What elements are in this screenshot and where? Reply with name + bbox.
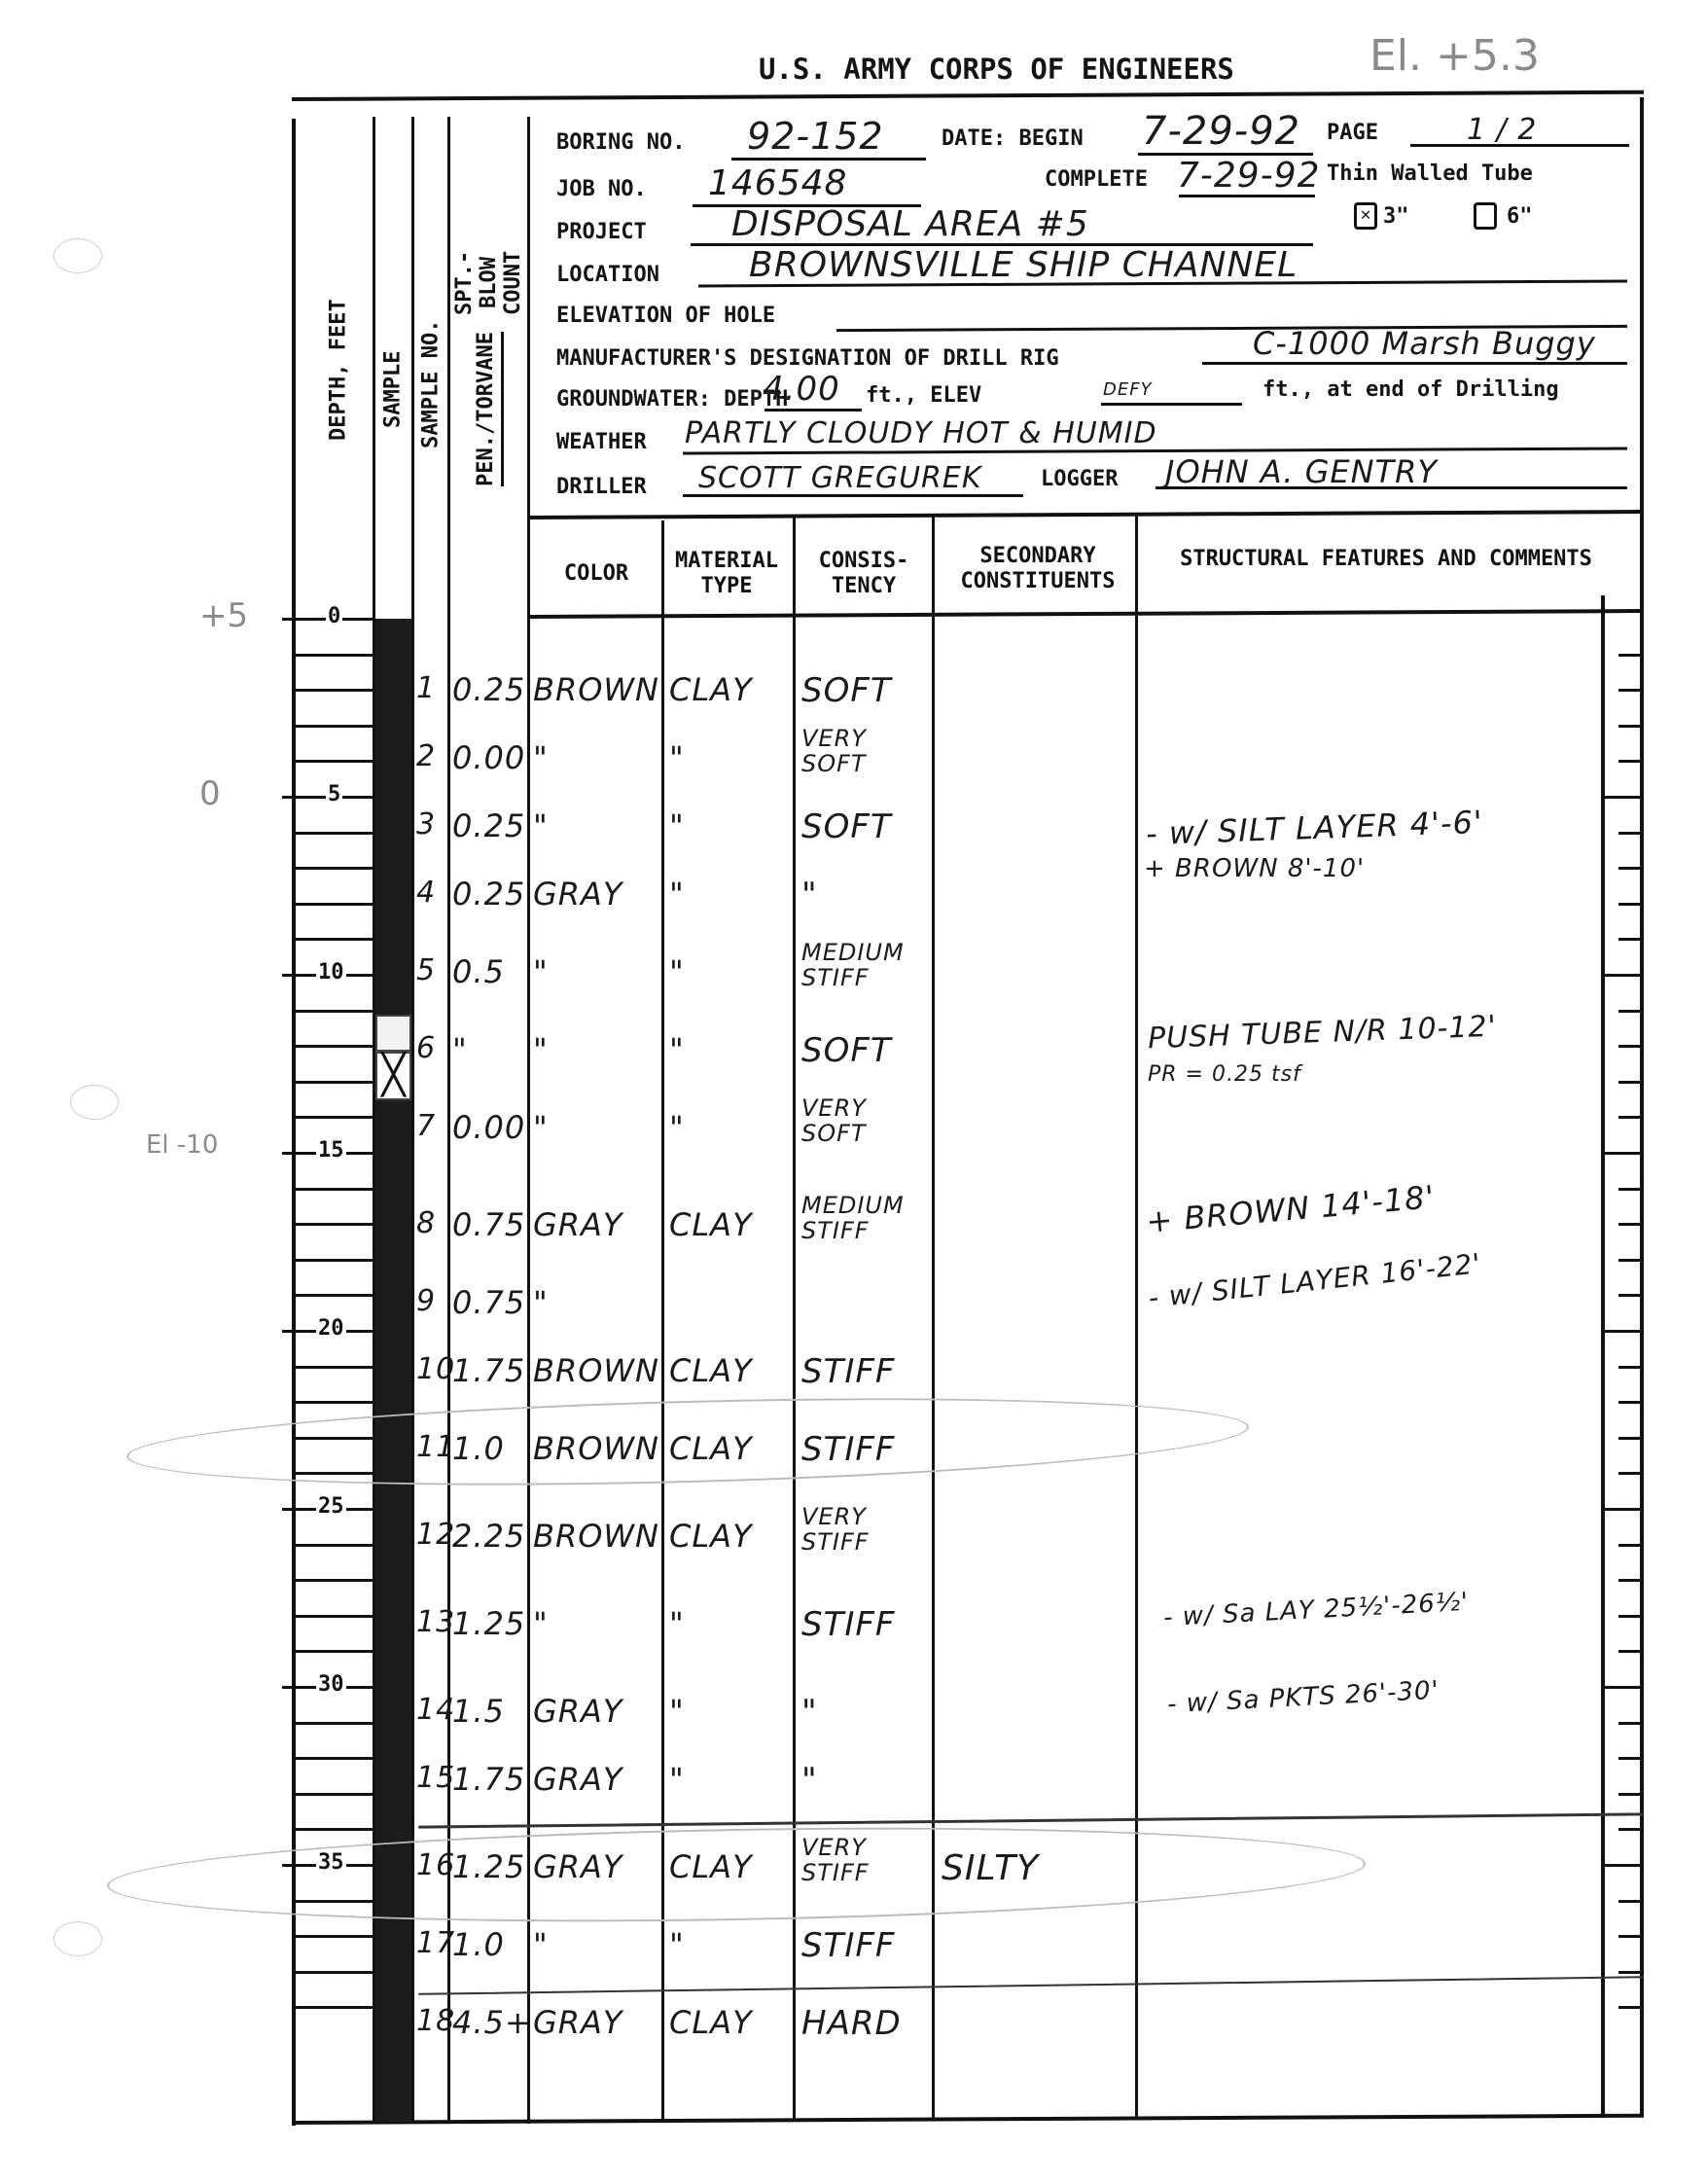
material-value: " [669, 1926, 685, 1963]
depth-tick-label: 30 [316, 1672, 346, 1697]
right-tick [1618, 1650, 1642, 1653]
color-value: " [533, 1605, 549, 1642]
column-header-color: COLOR [533, 530, 659, 618]
material-value: CLAY [669, 1518, 753, 1555]
pen-torvane-value: 1.0 [452, 1926, 505, 1963]
column-header-sample: SAMPLE [376, 321, 409, 457]
right-tick [1618, 867, 1642, 870]
sample-number: 8 [416, 1206, 436, 1240]
pen-torvane-value: 0.5 [452, 953, 505, 990]
pen-torvane-value: 1.25 [452, 1605, 525, 1642]
depth-tick-minor [296, 1935, 373, 1938]
driller-label: DRILLER [556, 475, 647, 499]
depth-tick-minor [296, 1793, 373, 1796]
material-value: " [669, 953, 685, 990]
right-tick [1618, 1828, 1642, 1831]
pen-torvane-value: 0.25 [452, 876, 525, 913]
color-value: " [533, 1284, 549, 1321]
margin-elevation-note: +5 [199, 596, 248, 635]
weather-field[interactable]: PARTLY CLOUDY HOT & HUMID [685, 416, 1157, 450]
tube-label: Thin Walled Tube [1327, 161, 1533, 186]
page-field[interactable]: 1 / 2 [1467, 113, 1537, 147]
project-label: PROJECT [556, 220, 647, 244]
pen-torvane-value: 1.5 [452, 1693, 505, 1730]
right-tick [1603, 1330, 1642, 1333]
pen-torvane-label: PEN./TORVANE [474, 332, 504, 486]
sample-no-recovery [375, 1015, 411, 1052]
job-no-label: JOB NO. [556, 177, 647, 201]
binder-hole [53, 1921, 102, 1956]
column-header-material: MATERIAL TYPE [663, 530, 790, 618]
sample-number: 12 [416, 1518, 455, 1552]
material-value: " [669, 1031, 685, 1068]
right-tick [1603, 1508, 1642, 1511]
date-complete-field[interactable]: 7-29-92 [1177, 156, 1321, 196]
consistency-value: VERY SOFT [801, 726, 928, 776]
right-tick [1618, 1045, 1642, 1048]
org-title: U.S. ARMY CORPS OF ENGINEERS [759, 53, 1234, 86]
color-value: " [533, 953, 549, 990]
pen-torvane-value: " [452, 1031, 468, 1068]
depth-tick-label: 15 [316, 1138, 346, 1163]
material-value: " [669, 1109, 685, 1146]
depth-tick-minor [296, 1366, 373, 1369]
color-value: GRAY [533, 2004, 622, 2041]
right-tick [1618, 1935, 1642, 1938]
sample-number: 14 [416, 1693, 455, 1727]
groundwater-depth-field[interactable]: 4.00 [763, 370, 840, 409]
depth-tick-minor [296, 938, 373, 941]
right-tick [1603, 796, 1642, 799]
pen-torvane-value: 1.75 [452, 1761, 525, 1798]
sample-number: 17 [416, 1926, 455, 1960]
margin-elevation-note: El -10 [146, 1130, 218, 1160]
column-header-consistency: CONSIS- TENCY [796, 530, 932, 618]
depth-tick-minor [296, 1544, 373, 1547]
depth-tick-minor [296, 1971, 373, 1974]
right-tick [1618, 1259, 1642, 1262]
sample-number: 13 [416, 1605, 455, 1639]
boring-no-field[interactable]: 92-152 [747, 115, 884, 158]
sample-number: 7 [416, 1109, 436, 1143]
depth-tick-minor [296, 903, 373, 906]
right-tick [1618, 689, 1642, 692]
consistency-value: HARD [801, 2004, 902, 2043]
depth-tick-minor [296, 1828, 373, 1831]
depth-tick-minor [296, 1401, 373, 1404]
sample-number: 5 [416, 953, 436, 987]
location-field[interactable]: BROWNSVILLE SHIP CHANNEL [749, 245, 1298, 285]
sample-number: 6 [416, 1031, 436, 1065]
color-value: " [533, 1926, 549, 1963]
drill-rig-field[interactable]: C-1000 Marsh Buggy [1253, 325, 1596, 362]
color-value: GRAY [533, 1206, 622, 1243]
sample-number: 1 [416, 671, 436, 705]
weather-label: WEATHER [556, 430, 647, 454]
depth-tick-minor [296, 2006, 373, 2009]
color-value: " [533, 739, 549, 776]
depth-tick-minor [296, 725, 373, 728]
comment: + BROWN 14'-18' [1145, 1178, 1437, 1240]
right-tick [1618, 1188, 1642, 1191]
pen-torvane-value: 2.25 [452, 1518, 525, 1555]
pen-torvane-value: 0.00 [452, 1109, 525, 1146]
right-tick [1618, 1366, 1642, 1369]
comment: PUSH TUBE N/R 10-12' [1147, 1010, 1497, 1056]
binder-hole [70, 1085, 119, 1120]
checkbox-checked-icon[interactable]: ✕ [1354, 202, 1377, 230]
comment: - w/ Sa LAY 25½'-26½' [1162, 1588, 1469, 1632]
consistency-value: STIFF [801, 1926, 896, 1965]
material-value: " [669, 739, 685, 776]
right-tick [1618, 938, 1642, 941]
right-tick [1618, 1793, 1642, 1796]
groundwater-elev-label: ft., ELEV [866, 383, 981, 408]
right-tick [1603, 1686, 1642, 1689]
color-value: " [533, 1109, 549, 1146]
right-tick [1618, 1010, 1642, 1013]
right-tick [1618, 1401, 1642, 1404]
material-value: CLAY [669, 1206, 753, 1243]
depth-tick-minor [296, 689, 373, 692]
pen-torvane-value: 4.5+ [452, 2004, 532, 2041]
material-value: " [669, 1605, 685, 1642]
comment: - w/ Sa PKTS 26'-30' [1166, 1676, 1440, 1720]
driller-field[interactable]: SCOTT GREGUREK [698, 461, 982, 495]
depth-tick-minor [296, 1757, 373, 1760]
material-value: CLAY [669, 2004, 753, 2041]
color-value: GRAY [533, 1693, 622, 1730]
right-tick [1603, 1864, 1642, 1867]
right-tick [1618, 2006, 1642, 2009]
pen-torvane-value: 0.00 [452, 739, 525, 776]
pen-torvane-value: 0.25 [452, 671, 525, 708]
checkbox-unchecked-icon[interactable] [1474, 202, 1497, 230]
groundwater-suffix: ft., at end of Drilling [1262, 377, 1559, 402]
sample-number: 9 [416, 1284, 436, 1318]
depth-tick-label: 0 [326, 604, 342, 628]
depth-tick-minor [296, 1116, 373, 1119]
color-value: GRAY [533, 1761, 622, 1798]
sample-number: 18 [416, 2004, 455, 2038]
consistency-value: " [801, 1761, 818, 1800]
right-tick [1618, 1544, 1642, 1547]
depth-tick-minor [296, 1010, 373, 1013]
sample-number: 3 [416, 807, 436, 841]
consistency-value: " [801, 876, 818, 914]
right-tick [1618, 1223, 1642, 1226]
consistency-value: STIFF [801, 1352, 896, 1391]
comment: - w/ SILT LAYER 16'-22' [1147, 1247, 1482, 1314]
right-tick [1618, 760, 1642, 763]
column-header-sample-no: SAMPLE NO. [414, 292, 447, 477]
right-tick [1618, 654, 1642, 657]
depth-tick-minor [296, 760, 373, 763]
depth-tick-minor [296, 1081, 373, 1084]
sample-number: 2 [416, 739, 436, 773]
consistency-value: SOFT [801, 807, 892, 846]
consistency-value: VERY SOFT [801, 1095, 928, 1146]
comment: - w/ SILT LAYER 4'-6' [1145, 804, 1483, 852]
page-label: PAGE [1327, 121, 1378, 145]
consistency-value: MEDIUM STIFF [801, 1193, 928, 1243]
material-value: " [669, 876, 685, 913]
color-value: " [533, 807, 549, 844]
depth-tick-label: 5 [326, 782, 342, 806]
depth-tick-minor [296, 654, 373, 657]
color-value: " [533, 1031, 549, 1068]
drill-rig-label: MANUFACTURER'S DESIGNATION OF DRILL RIG [556, 346, 1059, 371]
depth-tick-label: 10 [316, 960, 346, 985]
right-tick [1618, 1116, 1642, 1119]
tube-option-3in[interactable]: ✕ 3" [1354, 202, 1409, 230]
pen-torvane-value: 0.25 [452, 807, 525, 844]
column-header-depth: DEPTH, FEET [309, 253, 368, 486]
right-tick [1618, 1615, 1642, 1618]
right-tick [1618, 1900, 1642, 1903]
tube-option-6in[interactable]: 6" [1474, 202, 1533, 230]
strata-line [418, 1976, 1644, 1995]
depth-tick-minor [296, 1722, 373, 1725]
material-value: " [669, 807, 685, 844]
tube-option-label: 3" [1383, 204, 1409, 229]
depth-tick-minor [296, 832, 373, 835]
right-tick [1618, 1579, 1642, 1582]
right-tick [1618, 725, 1642, 728]
right-tick [1618, 903, 1642, 906]
sample-number: 10 [416, 1352, 455, 1386]
logger-label: LOGGER [1041, 467, 1118, 491]
margin-elevation-note: 0 [199, 774, 221, 813]
right-tick [1618, 1971, 1642, 1974]
depth-tick-minor [296, 867, 373, 870]
depth-tick-minor [296, 1188, 373, 1191]
depth-tick-label: 20 [316, 1316, 346, 1341]
material-value: " [669, 1693, 685, 1730]
right-tick [1618, 1722, 1642, 1725]
consistency-value: MEDIUM STIFF [801, 940, 928, 990]
right-tick [1618, 1757, 1642, 1760]
consistency-value: SOFT [801, 671, 892, 710]
project-field[interactable]: DISPOSAL AREA #5 [731, 204, 1089, 244]
groundwater-label: GROUNDWATER: DEPTH [556, 387, 788, 412]
groundwater-elev-field[interactable]: DEFY [1103, 379, 1153, 400]
depth-tick-minor [296, 1045, 373, 1048]
material-value: CLAY [669, 1352, 753, 1389]
consistency-value: SOFT [801, 1031, 892, 1070]
comment: + BROWN 8'-10' [1144, 854, 1365, 883]
column-header-secondary: SECONDARY CONSTITUENTS [936, 525, 1140, 613]
depth-tick-minor [296, 1294, 373, 1297]
right-tick [1618, 832, 1642, 835]
right-tick [1603, 1152, 1642, 1155]
date-begin-label: DATE: BEGIN [942, 126, 1084, 151]
boring-no-label: BORING NO. [556, 130, 685, 155]
right-tick [1618, 1294, 1642, 1297]
depth-tick-label: 25 [316, 1494, 346, 1519]
elevation-note: El. +5.3 [1369, 31, 1540, 81]
material-value: " [669, 1761, 685, 1798]
elevation-label: ELEVATION OF HOLE [556, 304, 775, 328]
column-header-pen-torvane: PEN./TORVANE SPT.-BLOW COUNT [452, 233, 525, 486]
consistency-value: STIFF [801, 1605, 896, 1644]
sample-number: 15 [416, 1761, 455, 1795]
depth-tick-minor [296, 1650, 373, 1653]
right-tick [1618, 1081, 1642, 1084]
binder-hole [53, 238, 102, 273]
pen-torvane-value: 0.75 [452, 1284, 525, 1321]
date-begin-field[interactable]: 7-29-92 [1142, 109, 1300, 154]
location-label: LOCATION [556, 263, 659, 287]
tube-option-label: 6" [1507, 204, 1533, 229]
color-value: BROWN [533, 1352, 659, 1389]
color-value: BROWN [533, 1518, 659, 1555]
depth-tick-minor [296, 1615, 373, 1618]
right-tick [1618, 1437, 1642, 1440]
color-value: BROWN [533, 671, 659, 708]
depth-tick-minor [296, 1259, 373, 1262]
pen-torvane-value: 0.75 [452, 1206, 525, 1243]
spt-blow-count-label: SPT.-BLOW COUNT [452, 233, 525, 332]
logger-field[interactable]: JOHN A. GENTRY [1165, 453, 1438, 490]
column-header-structural: STRUCTURAL FEATURES AND COMMENTS [1148, 516, 1624, 603]
job-no-field[interactable]: 146548 [708, 163, 847, 203]
date-complete-label: COMPLETE [1045, 167, 1148, 192]
pen-torvane-value: 1.75 [452, 1352, 525, 1389]
comment: PR = 0.25 tsf [1148, 1062, 1301, 1087]
depth-tick-minor [296, 1223, 373, 1226]
color-value: GRAY [533, 876, 622, 913]
right-tick [1603, 974, 1642, 977]
material-value: CLAY [669, 671, 753, 708]
consistency-value: " [801, 1693, 818, 1732]
depth-tick-minor [296, 1579, 373, 1582]
consistency-value: VERY STIFF [801, 1504, 928, 1555]
strata-line [418, 1812, 1644, 1828]
sample-number: 4 [416, 876, 436, 910]
right-tick [1618, 1472, 1642, 1475]
sample-x-marker: ╳ [375, 1052, 411, 1100]
